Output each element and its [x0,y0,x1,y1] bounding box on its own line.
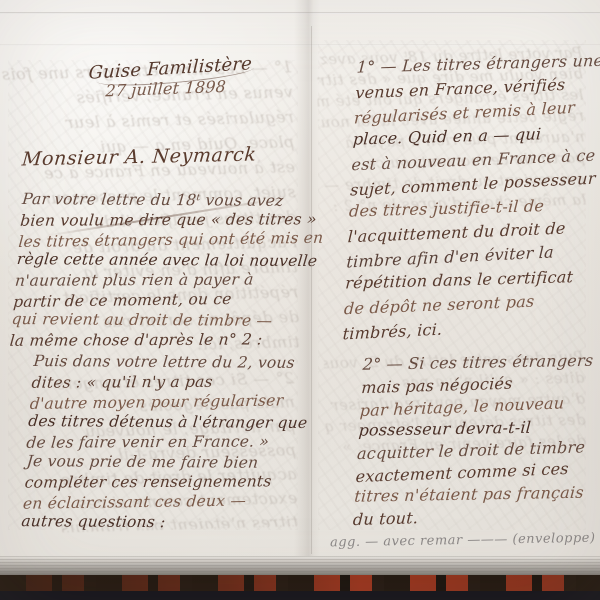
letter-paragraph-1: Par votre lettre du 18ᵗ vous avezbien vo… [9,190,309,350]
handwriting-line: Par votre lettre du 18ᵗ vous avez [21,189,309,211]
letter-heading: Guise Familistère 27 juillet 1898 [87,54,253,101]
letter-question-1: 1° — Les titres étrangers une foisvenus … [322,47,600,345]
letter-salutation: Monsieur A. Neymarck [21,144,257,171]
handwriting-line: en éclaircissant ces deux — [22,490,270,513]
page-gutter [294,0,320,558]
background-surface [0,591,600,600]
letter-paragraph-3: Je vous prie de me faire biencompléter c… [21,452,275,532]
handwriting-line: qui revient au droit de timbre — [11,309,299,331]
handwriting-line: des titres détenus à l'étranger que [27,411,308,433]
open-notebook-photo: 1° — Les titres étrangers une foisvenus … [0,0,600,600]
letter-date: 27 juillet 1898 [105,76,252,100]
handwriting-line: n'auraient plus rien à payer à [14,269,302,290]
bleed-line: régularisés et remis à leur [1,104,294,137]
page-edge-line [311,26,312,554]
pencil-annotation: agg. — avec remar ——— (enveloppe) [330,531,596,551]
handwriting-line: de les faire venir en France. » [26,431,307,452]
letter-paragraph-2: Puis dans votre lettre du 2, vousdites :… [26,352,314,452]
book-cover-pattern [0,575,600,592]
handwriting-line: bien voulu me dire que « des titres » [19,209,307,230]
handwriting-line: dites : « qu'il n'y a pas [31,371,312,392]
handwriting-line: la même chose d'après le n° 2 : [9,329,297,350]
handwriting-line: Puis dans votre lettre du 2, vous [33,351,314,373]
handwriting-line: Je vous prie de me faire bien [26,451,274,473]
handwriting-line: autres questions : [21,511,269,533]
page-stack-edge [0,556,600,575]
handwriting-line: règle cette année avec la loi nouvelle [16,249,304,271]
letter-question-2: 2° — Si ces titres étrangersmais pas nég… [330,349,594,531]
handwriting-line: compléter ces renseignements [24,471,272,492]
